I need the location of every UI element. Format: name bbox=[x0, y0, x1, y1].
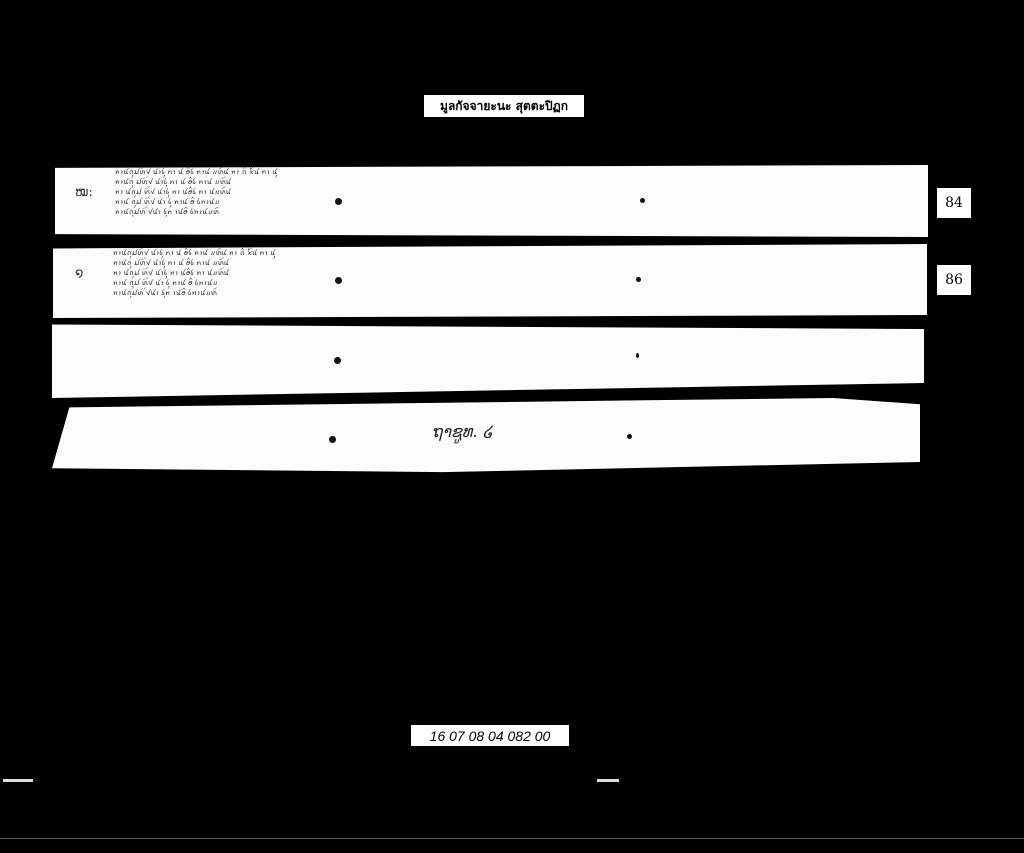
palm-leaf-3 bbox=[52, 323, 924, 398]
binding-hole bbox=[640, 198, 645, 203]
binding-hole bbox=[636, 353, 639, 358]
leaf-fragment bbox=[597, 779, 619, 782]
leaf-text: ꪀꪱꪙꪒꪴꪣꪬꪾꪚ ꪙꪱꪉꪴ ꪀꪱ ꪙ ꪮꪲꪉ ꪀꪱꪙ ꪵꪬꪷꪙ ꪀꪱ ꪒꪲ ꪎ… bbox=[113, 248, 923, 298]
leaf-fragment bbox=[3, 779, 33, 782]
handwritten-note: ຖາຊູທ. ໒ bbox=[432, 422, 493, 441]
page-number-label: 86 bbox=[937, 265, 971, 295]
binding-hole bbox=[329, 436, 336, 443]
palm-leaf-2: ໑ ꪀꪱꪙꪒꪴꪣꪬꪾꪚ ꪙꪱꪉꪴ ꪀꪱ ꪙ ꪮꪲꪉ ꪀꪱꪙ ꪵꪬꪷꪙ ꪀꪱ ꪒꪲ… bbox=[53, 244, 927, 318]
leaf-marker: ໝ: bbox=[75, 185, 93, 200]
binding-hole bbox=[335, 198, 342, 205]
page-number-label: 84 bbox=[937, 188, 971, 218]
catalog-id-label: 16 07 08 04 082 00 bbox=[411, 725, 569, 746]
binding-hole bbox=[627, 434, 632, 439]
leaf-text: ꪀꪱꪙꪒꪴꪣꪬꪾꪚ ꪙꪱꪉꪴ ꪀꪱ ꪙ ꪮꪲꪉ ꪀꪱꪙ ꪵꪬꪷꪙ ꪀꪱ ꪒꪲ ꪎ… bbox=[115, 167, 915, 217]
manuscript-title-label: มูลกัจจายะนะ สุตตะปิฏก bbox=[424, 95, 584, 117]
palm-leaf-4: ຖາຊູທ. ໒ bbox=[52, 398, 920, 476]
binding-hole bbox=[334, 357, 341, 364]
leaf-marker: ໑ bbox=[75, 266, 83, 281]
binding-hole bbox=[335, 277, 342, 284]
scan-edge-line bbox=[0, 838, 1024, 839]
binding-hole bbox=[636, 277, 641, 282]
palm-leaf-1: ໝ: ꪀꪱꪙꪒꪴꪣꪬꪾꪚ ꪙꪱꪉꪴ ꪀꪱ ꪙ ꪮꪲꪉ ꪀꪱꪙ ꪵꪬꪷꪙ ꪀꪱ ꪒ… bbox=[55, 165, 928, 237]
